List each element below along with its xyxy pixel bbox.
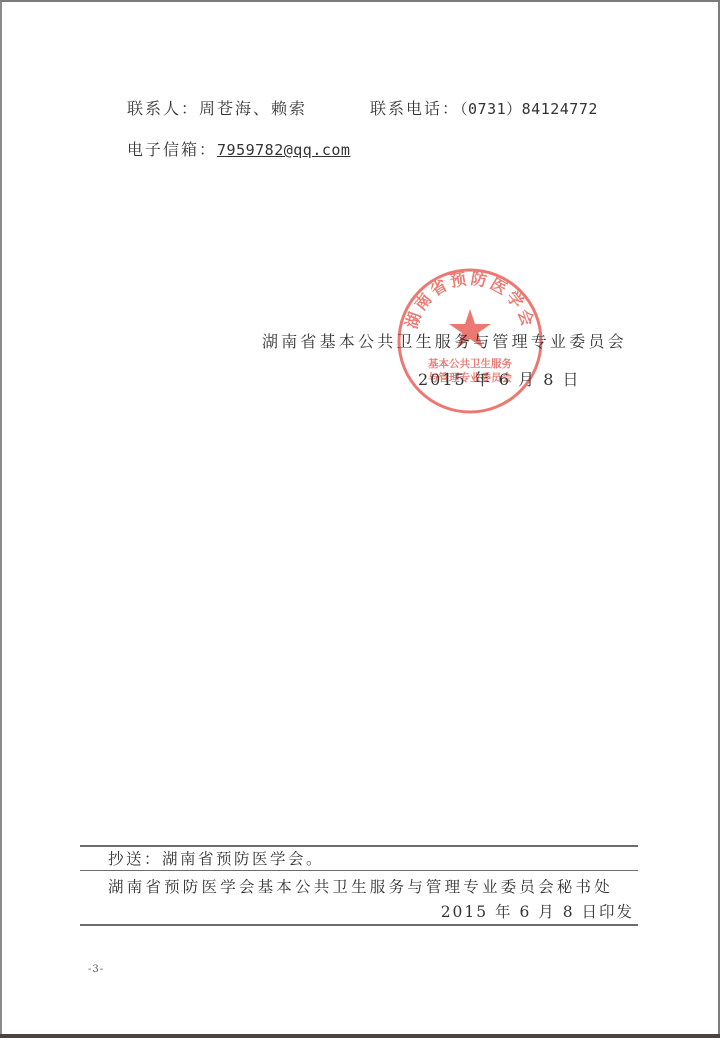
signing-date: 2015 年 6 月 8 日	[418, 367, 581, 390]
contact-phone-number: （0731）84124772	[460, 100, 598, 118]
email-link[interactable]: 7959782@qq.com	[217, 141, 350, 159]
cc-recipients: 抄送：湖南省预防医学会。	[108, 847, 324, 869]
issue-date: 2015 年 6 月 8 日印发	[441, 900, 634, 922]
footer-rule-bottom	[80, 924, 638, 926]
page-bottom-edge	[0, 1034, 720, 1038]
issuing-office: 湖南省预防医学会基本公共卫生服务与管理专业委员会秘书处	[108, 875, 613, 897]
contact-persons: 联系人：周苍海、赖索	[127, 96, 307, 119]
contact-person-names: 周苍海、赖索	[199, 99, 307, 118]
contact-email: 电子信箱：7959782@qq.com	[127, 137, 350, 160]
footer-rule-middle	[80, 870, 638, 871]
contact-phone: 联系电话：（0731）84124772	[370, 96, 598, 119]
contact-email-label: 电子信箱：	[127, 140, 217, 159]
signing-committee: 湖南省基本公共卫生服务与管理专业委员会	[262, 329, 627, 352]
contact-person-label: 联系人：	[127, 99, 199, 118]
page-number: -3-	[88, 964, 104, 975]
contact-phone-label: 联系电话：	[370, 99, 460, 118]
